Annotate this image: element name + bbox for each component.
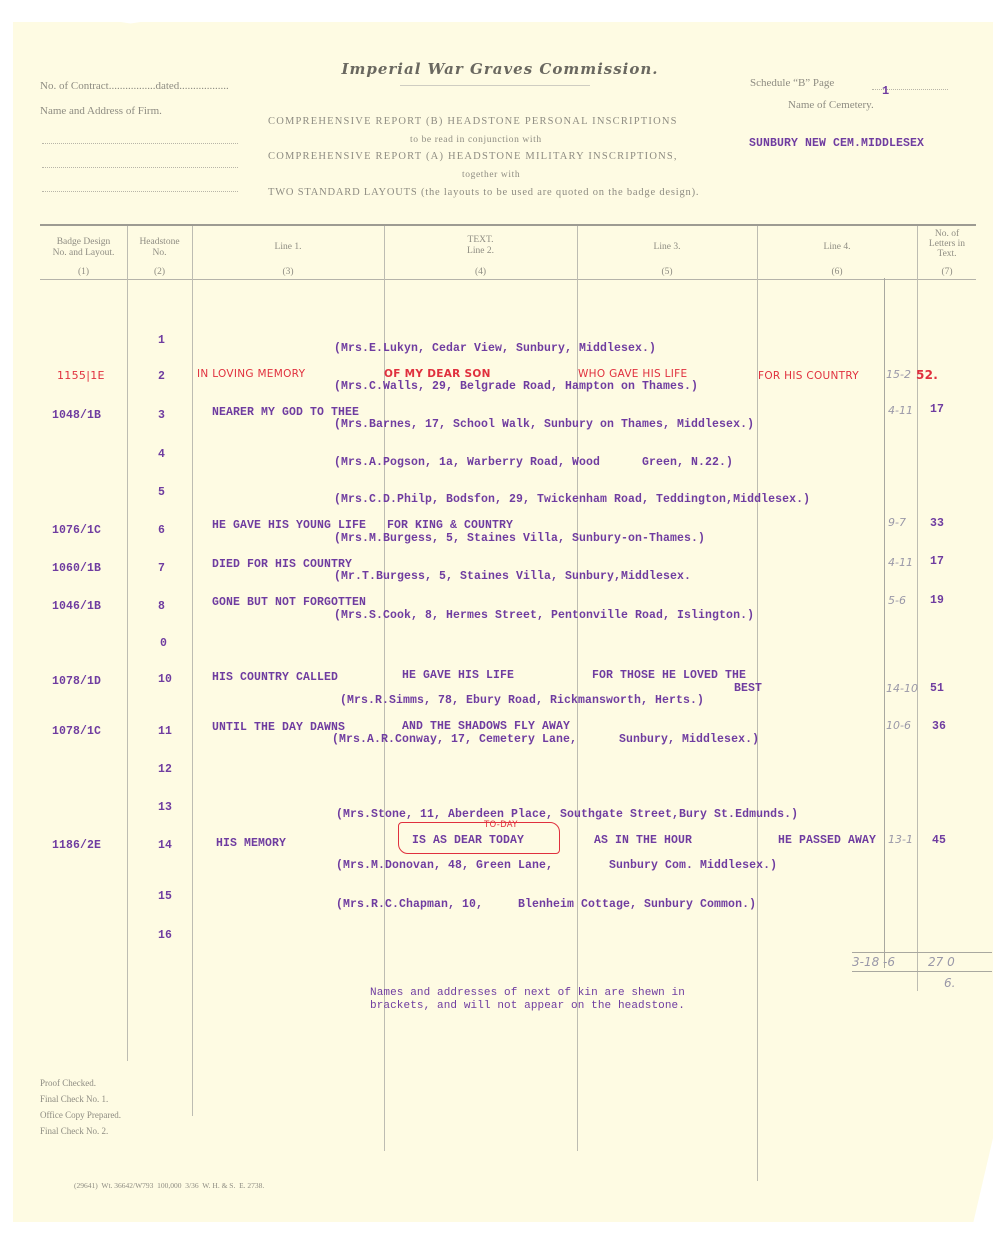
report-line-3: COMPREHENSIVE REPORT (A) HEADSTONE MILIT… — [268, 151, 678, 162]
col-divider-3 — [384, 226, 385, 1151]
inscription-line3-cont: BEST — [734, 682, 762, 695]
report-line-5: TWO STANDARD LAYOUTS (the layouts to be … — [268, 187, 699, 198]
headstone-number: 7 — [158, 562, 165, 575]
firm-label: Name and Address of Firm. — [40, 105, 162, 117]
kin-address: (Mrs.C.D.Philp, Bodsfon, 29, Twickenham … — [334, 493, 810, 506]
kin-address: (Mrs.E.Lukyn, Cedar View, Sunbury, Middl… — [334, 342, 656, 355]
pencil-total: 3-18 -6 — [852, 955, 895, 969]
badge-design: 1186/2E — [52, 839, 101, 852]
letters-total-extra: 6. — [944, 976, 955, 990]
inscription-line3: AS IN THE HOUR — [594, 834, 692, 847]
col-num-3: (3) — [192, 267, 384, 278]
headstone-number: 13 — [158, 801, 172, 814]
totals-bottom-rule — [852, 971, 992, 972]
totals-top-rule — [852, 952, 992, 953]
kin-address: (Mrs.R.C.Chapman, 10, Blenheim Cottage, … — [336, 898, 756, 911]
headstone-number: 16 — [158, 929, 172, 942]
inscription-line3: WHO GAVE HIS LIFE — [578, 368, 687, 380]
final-check-1-label: Final Check No. 1. — [40, 1094, 108, 1104]
headstone-number: 12 — [158, 763, 172, 776]
kin-address: (Mr.T.Burgess, 5, Staines Villa, Sunbury… — [334, 570, 691, 583]
col-num-7: (7) — [917, 267, 977, 278]
col-num-2: (2) — [127, 267, 192, 278]
badge-design: 1078/1C — [52, 725, 101, 738]
proof-checked-label: Proof Checked. — [40, 1078, 96, 1088]
col-header-headstone: Headstone No. — [127, 237, 192, 259]
letters-count: 45 — [932, 834, 946, 847]
note-line-2: brackets, and will not appear on the hea… — [370, 1000, 685, 1012]
document-page — [13, 22, 993, 1222]
report-line-2: to be read in conjunction with — [410, 135, 542, 145]
kin-address: (Mrs.A.R.Conway, 17, Cemetery Lane, Sunb… — [332, 733, 759, 746]
letters-count: 51 — [930, 682, 944, 695]
kin-address: (Mrs.C.Walls, 29, Belgrade Road, Hampton… — [334, 380, 698, 393]
badge-design: 1078/1D — [52, 675, 101, 688]
col-header-badge: Badge Design No. and Layout. — [40, 237, 127, 259]
badge-design: 1060/1B — [52, 562, 101, 575]
note-line-1: Names and addresses of next of kin are s… — [370, 987, 685, 999]
letters-count: 36 — [932, 720, 946, 733]
col-divider-1 — [127, 226, 128, 1061]
inscription-line2: IS AS DEAR TODAY — [412, 834, 524, 847]
kin-address: (Mrs.Stone, 11, Aberdeen Place, Southgat… — [336, 808, 798, 821]
col-header-line1: Line 1. — [192, 242, 384, 253]
pencil-count: 5-6 — [888, 594, 906, 607]
col-header-line4: Line 4. — [757, 242, 917, 253]
letters-count: 17 — [930, 403, 944, 416]
letters-count: 19 — [930, 594, 944, 607]
inscription-line1: HIS MEMORY — [216, 837, 286, 850]
cemetery-name: SUNBURY NEW CEM.MIDDLESEX — [749, 137, 924, 150]
inscription-line3: FOR THOSE HE LOVED THE — [592, 669, 746, 682]
firm-line-3 — [42, 191, 238, 192]
pencil-count: 4-11 — [888, 556, 913, 569]
page-title: Imperial War Graves Commission. — [0, 60, 1000, 78]
headstone-number: 10 — [158, 673, 172, 686]
headstone-number: 11 — [158, 725, 172, 738]
office-copy-label: Office Copy Prepared. — [40, 1110, 121, 1120]
kin-address: (Mrs.A.Pogson, 1a, Warberry Road, Wood G… — [334, 456, 733, 469]
pencil-count: 13-1 — [888, 833, 913, 846]
headstone-number: 6 — [158, 524, 165, 537]
kin-address: (Mrs.M.Donovan, 48, Green Lane, Sunbury … — [336, 859, 777, 872]
col-num-1: (1) — [40, 267, 127, 278]
letters-count: 52. — [916, 368, 938, 382]
col-header-line3: Line 3. — [577, 242, 757, 253]
report-line-4: together with — [462, 170, 520, 180]
inscription-line1: IN LOVING MEMORY — [197, 368, 305, 380]
final-check-2-label: Final Check No. 2. — [40, 1126, 108, 1136]
table-header-rule — [40, 279, 976, 280]
inscription-line1: DIED FOR HIS COUNTRY — [212, 558, 352, 571]
report-line-1: COMPREHENSIVE REPORT (B) HEADSTONE PERSO… — [268, 116, 678, 127]
inscription-line1: HIS COUNTRY CALLED — [212, 671, 338, 684]
headstone-number: 8 — [158, 600, 165, 613]
pencil-count: 14-10 — [886, 682, 918, 695]
pencil-count: 9-7 — [888, 516, 906, 529]
letters-total: 27 0 — [928, 955, 955, 969]
title-rule — [400, 85, 590, 86]
headstone-number: 4 — [158, 448, 165, 461]
headstone-number: 14 — [158, 839, 172, 852]
headstone-number: 15 — [158, 890, 172, 903]
headstone-number: 3 — [158, 409, 165, 422]
print-code: (29641) Wt. 36642/W793 100,000 3/36 W. H… — [74, 1181, 264, 1190]
inscription-line2: AND THE SHADOWS FLY AWAY — [402, 720, 570, 733]
contract-label: No. of Contract.................dated...… — [40, 80, 229, 92]
firm-line-1 — [42, 143, 238, 144]
pencil-count: 15-2 — [886, 368, 911, 381]
col-divider-pencil — [884, 278, 885, 968]
inscription-line2: HE GAVE HIS LIFE — [402, 669, 514, 682]
col-num-6: (6) — [757, 267, 917, 278]
headstone-number: 5 — [158, 486, 165, 499]
inscription-line2: OF MY DEAR SON — [384, 368, 491, 380]
page-number: 1 — [882, 84, 889, 98]
col-divider-4 — [577, 226, 578, 1151]
inscription-line4: FOR HIS COUNTRY — [758, 370, 859, 382]
pencil-count: 10-6 — [886, 719, 911, 732]
firm-line-2 — [42, 167, 238, 168]
pencil-count: 4-11 — [888, 404, 913, 417]
col-header-letters: No. of Letters in Text. — [917, 229, 977, 259]
badge-design: 1076/1C — [52, 524, 101, 537]
letters-count: 17 — [930, 555, 944, 568]
kin-address: (Mrs.S.Cook, 8, Hermes Street, Pentonvil… — [334, 609, 754, 622]
col-num-4: (4) — [384, 267, 577, 278]
inscription-line1: HE GAVE HIS YOUNG LIFE FOR KING & COUNTR… — [212, 519, 513, 532]
col-num-5: (5) — [577, 267, 757, 278]
kin-address: (Mrs.M.Burgess, 5, Staines Villa, Sunbur… — [334, 532, 705, 545]
kin-address: (Mrs.Barnes, 17, School Walk, Sunbury on… — [334, 418, 754, 431]
inscription-line1: UNTIL THE DAY DAWNS — [212, 721, 345, 734]
badge-design: 1155|1E — [57, 369, 105, 382]
headstone-number: 0 — [160, 637, 167, 650]
schedule-label: Schedule “B” Page — [750, 77, 834, 89]
headstone-number: 2 — [158, 370, 165, 383]
col-header-line2: TEXT. Line 2. — [384, 235, 577, 257]
badge-design: 1048/1B — [52, 409, 101, 422]
kin-address: (Mrs.R.Simms, 78, Ebury Road, Rickmanswo… — [340, 694, 704, 707]
headstone-number: 1 — [158, 334, 165, 347]
inscription-correction: TO-DAY — [484, 820, 518, 830]
letters-count: 33 — [930, 517, 944, 530]
col-divider-6 — [917, 226, 918, 991]
table-top-rule — [40, 224, 976, 226]
cemetery-label: Name of Cemetery. — [788, 99, 874, 111]
inscription-line1: GONE BUT NOT FORGOTTEN — [212, 596, 366, 609]
badge-design: 1046/1B — [52, 600, 101, 613]
inscription-line4: HE PASSED AWAY — [778, 834, 876, 847]
col-divider-2 — [192, 226, 193, 1116]
